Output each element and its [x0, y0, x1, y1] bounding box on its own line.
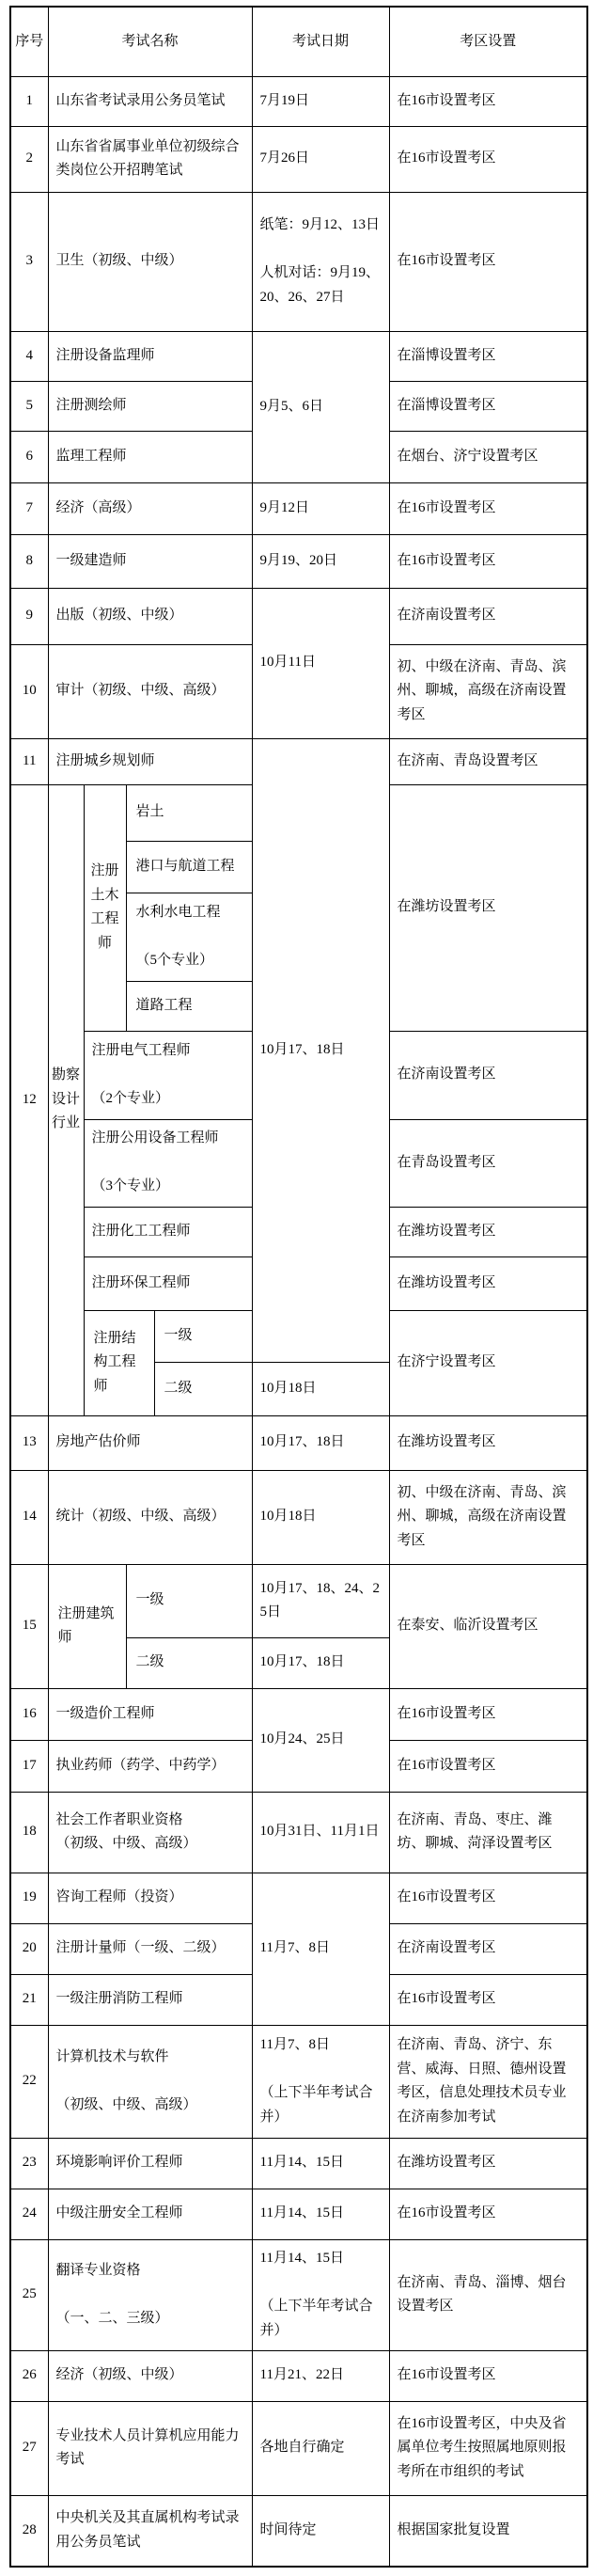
- row-14-number: 14: [10, 1470, 48, 1564]
- row-24-date: 11月14、15日: [252, 2189, 389, 2239]
- row-15-architect-label: 注册建筑师: [48, 1564, 126, 1688]
- row-15-level2: 二级: [126, 1637, 252, 1688]
- row-17-name: 执业药师（药学、中药学）: [48, 1740, 252, 1792]
- row-1-date: 7月19日: [252, 76, 389, 126]
- row-2-region: 在16市设置考区: [389, 126, 587, 192]
- row-12-structural-region: 在济宁设置考区: [389, 1310, 587, 1415]
- row-22-number: 22: [10, 2025, 48, 2138]
- row-11-12-date-merged: 10月17、18日: [252, 738, 389, 1362]
- row-19-name: 咨询工程师（投资）: [48, 1873, 252, 1923]
- row-12-civil-sub-hydro: 水利水电工程 （5个专业）: [126, 893, 252, 981]
- row-26-region: 在16市设置考区: [389, 2350, 587, 2401]
- header-cell-name: 考试名称: [48, 7, 252, 76]
- row-11-region: 在济南、青岛设置考区: [389, 738, 587, 784]
- row-15-level2-date: 10月17、18日: [252, 1637, 389, 1688]
- row-12-structural-engineer-label: 注册结构工程师: [84, 1310, 154, 1415]
- row-20-region: 在济南设置考区: [389, 1923, 587, 1974]
- table-row: 8 一级建造师 9月19、20日 在16市设置考区: [10, 534, 587, 588]
- row-8-date: 9月19、20日: [252, 534, 389, 588]
- row-12-electrical-region: 在济南设置考区: [389, 1031, 587, 1119]
- table-row: 28 中央机关及其直属机构考试录用公务员笔试 时间待定 根据国家批复设置: [10, 2495, 587, 2567]
- table-row: 23 环境影响评价工程师 11月14、15日 在潍坊设置考区: [10, 2138, 587, 2189]
- row-7-number: 7: [10, 482, 48, 534]
- row-3-name: 卫生（初级、中级）: [48, 192, 252, 331]
- row-20-name: 注册计量师（一级、二级）: [48, 1923, 252, 1974]
- row-25-date: 11月14、15日 （上下半年考试合并）: [252, 2239, 389, 2350]
- row-4-6-date-merged: 9月5、6日: [252, 331, 389, 482]
- row-1-number: 1: [10, 76, 48, 126]
- row-1-region: 在16市设置考区: [389, 76, 587, 126]
- row-12-number: 12: [10, 784, 48, 1415]
- row-18-number: 18: [10, 1792, 48, 1873]
- row-12-industry-label: 勘察设计行业: [48, 784, 84, 1415]
- row-14-name: 统计（初级、中级、高级）: [48, 1470, 252, 1564]
- row-15-number: 15: [10, 1564, 48, 1688]
- row-12-structural-level1: 一级: [154, 1310, 252, 1362]
- table-row: 13 房地产估价师 10月17、18日 在潍坊设置考区: [10, 1415, 587, 1470]
- row-9-region: 在济南设置考区: [389, 588, 587, 644]
- table-row: 2 山东省省属事业单位初级综合类岗位公开招聘笔试 7月26日 在16市设置考区: [10, 126, 587, 192]
- row-27-date: 各地自行确定: [252, 2401, 389, 2495]
- row-25-name: 翻译专业资格 （一、二、三级）: [48, 2239, 252, 2350]
- header-cell-date: 考试日期: [252, 7, 389, 76]
- row-12-environmental-engineer: 注册环保工程师: [84, 1256, 252, 1310]
- row-22-region: 在济南、青岛、济宁、东营、威海、日照、德州设置考区，信息处理技术员专业在济南参加…: [389, 2025, 587, 2138]
- row-6-region: 在烟台、济宁设置考区: [389, 431, 587, 482]
- row-12-civil-sub-geotech: 岩土: [126, 784, 252, 841]
- row-26-name: 经济（初级、中级）: [48, 2350, 252, 2401]
- row-18-region: 在济南、青岛、枣庄、潍坊、聊城、菏泽设置考区: [389, 1792, 587, 1873]
- row-1-name: 山东省考试录用公务员笔试: [48, 76, 252, 126]
- row-6-number: 6: [10, 431, 48, 482]
- row-8-region: 在16市设置考区: [389, 534, 587, 588]
- table-row: 18 社会工作者职业资格 （初级、中级、高级） 10月31日、11月1日 在济南…: [10, 1792, 587, 1873]
- row-22-name: 计算机技术与软件 （初级、中级、高级）: [48, 2025, 252, 2138]
- row-23-date: 11月14、15日: [252, 2138, 389, 2189]
- row-17-number: 17: [10, 1740, 48, 1792]
- row-8-name: 一级建造师: [48, 534, 252, 588]
- row-5-region: 在淄博设置考区: [389, 381, 587, 431]
- row-28-name: 中央机关及其直属机构考试录用公务员笔试: [48, 2495, 252, 2567]
- table-row: 25 翻译专业资格 （一、二、三级） 11月14、15日 （上下半年考试合并） …: [10, 2239, 587, 2350]
- row-7-region: 在16市设置考区: [389, 482, 587, 534]
- page: 序号 考试名称 考试日期 考区设置 1 山东省考试录用公务员笔试 7月19日 在…: [9, 6, 593, 2568]
- row-23-name: 环境影响评价工程师: [48, 2138, 252, 2189]
- row-3-region: 在16市设置考区: [389, 192, 587, 331]
- row-9-number: 9: [10, 588, 48, 644]
- row-21-name: 一级注册消防工程师: [48, 1974, 252, 2025]
- row-12-utility-engineer: 注册公用设备工程师 （3个专业）: [84, 1119, 252, 1207]
- row-28-region: 根据国家批复设置: [389, 2495, 587, 2567]
- row-14-date: 10月18日: [252, 1470, 389, 1564]
- table-row: 9 出版（初级、中级） 10月11日 在济南设置考区: [10, 588, 587, 644]
- row-12-civil-engineer-label: 注册土木工程师: [84, 784, 126, 1031]
- row-28-number: 28: [10, 2495, 48, 2567]
- row-27-name: 专业技术人员计算机应用能力考试: [48, 2401, 252, 2495]
- row-17-region: 在16市设置考区: [389, 1740, 587, 1792]
- row-4-name: 注册设备监理师: [48, 331, 252, 381]
- row-12-utility-region: 在青岛设置考区: [389, 1119, 587, 1207]
- row-25-region: 在济南、青岛、淄博、烟台设置考区: [389, 2239, 587, 2350]
- row-24-region: 在16市设置考区: [389, 2189, 587, 2239]
- row-9-10-date-merged: 10月11日: [252, 588, 389, 738]
- table-row: 3 卫生（初级、中级） 纸笔：9月12、13日 人机对话：9月19、20、26、…: [10, 192, 587, 331]
- row-21-number: 21: [10, 1974, 48, 2025]
- row-12-chemical-engineer: 注册化工工程师: [84, 1207, 252, 1256]
- row-2-date: 7月26日: [252, 126, 389, 192]
- header-row: 序号 考试名称 考试日期 考区设置: [10, 7, 587, 76]
- header-cell-seq: 序号: [10, 7, 48, 76]
- row-24-number: 24: [10, 2189, 48, 2239]
- row-13-name: 房地产估价师: [48, 1415, 252, 1470]
- row-12-structural-level2: 二级: [154, 1362, 252, 1415]
- row-11-name: 注册城乡规划师: [48, 738, 252, 784]
- row-10-number: 10: [10, 644, 48, 738]
- row-12-civil-sub-harbor: 港口与航道工程: [126, 841, 252, 893]
- row-12-electrical-engineer: 注册电气工程师 （2个专业）: [84, 1031, 252, 1119]
- row-19-region: 在16市设置考区: [389, 1873, 587, 1923]
- table-row: 19 咨询工程师（投资） 11月7、8日 在16市设置考区: [10, 1873, 587, 1923]
- exam-schedule-table: 序号 考试名称 考试日期 考区设置 1 山东省考试录用公务员笔试 7月19日 在…: [9, 6, 588, 2568]
- row-16-region: 在16市设置考区: [389, 1688, 587, 1740]
- table-row: 4 注册设备监理师 9月5、6日 在淄博设置考区: [10, 331, 587, 381]
- row-21-region: 在16市设置考区: [389, 1974, 587, 2025]
- row-22-date: 11月7、8日 （上下半年考试合并）: [252, 2025, 389, 2138]
- table-row: 14 统计（初级、中级、高级） 10月18日 初、中级在济南、青岛、滨州、聊城，…: [10, 1470, 587, 1564]
- row-19-21-date-merged: 11月7、8日: [252, 1873, 389, 2025]
- row-20-number: 20: [10, 1923, 48, 1974]
- row-10-region: 初、中级在济南、青岛、滨州、聊城，高级在济南设置考区: [389, 644, 587, 738]
- row-12-civil-region: 在潍坊设置考区: [389, 784, 587, 1031]
- table-row: 7 经济（高级） 9月12日 在16市设置考区: [10, 482, 587, 534]
- row-13-number: 13: [10, 1415, 48, 1470]
- row-15-level1-date: 10月17、18、24、25日: [252, 1564, 389, 1637]
- table-row: 24 中级注册安全工程师 11月14、15日 在16市设置考区: [10, 2189, 587, 2239]
- row-8-number: 8: [10, 534, 48, 588]
- row-13-region: 在潍坊设置考区: [389, 1415, 587, 1470]
- row-11-number: 11: [10, 738, 48, 784]
- row-14-region: 初、中级在济南、青岛、滨州、聊城，高级在济南设置考区: [389, 1470, 587, 1564]
- table-row: 27 专业技术人员计算机应用能力考试 各地自行确定 在16市设置考区，中央及省属…: [10, 2401, 587, 2495]
- row-3-number: 3: [10, 192, 48, 331]
- row-12-chemical-region: 在潍坊设置考区: [389, 1207, 587, 1256]
- row-18-date: 10月31日、11月1日: [252, 1792, 389, 1873]
- row-25-number: 25: [10, 2239, 48, 2350]
- row-28-date: 时间待定: [252, 2495, 389, 2567]
- table-row: 26 经济（初级、中级） 11月21、22日 在16市设置考区: [10, 2350, 587, 2401]
- row-7-name: 经济（高级）: [48, 482, 252, 534]
- row-12-civil-sub-road: 道路工程: [126, 981, 252, 1031]
- row-2-name: 山东省省属事业单位初级综合类岗位公开招聘笔试: [48, 126, 252, 192]
- row-2-number: 2: [10, 126, 48, 192]
- row-23-region: 在潍坊设置考区: [389, 2138, 587, 2189]
- row-15-region: 在泰安、临沂设置考区: [389, 1564, 587, 1688]
- row-27-region: 在16市设置考区，中央及省属单位考生按照属地原则报考所在市组织的考试: [389, 2401, 587, 2495]
- row-6-name: 监理工程师: [48, 431, 252, 482]
- row-10-name: 审计（初级、中级、高级）: [48, 644, 252, 738]
- row-12-structural-level2-date: 10月18日: [252, 1362, 389, 1415]
- row-18-name: 社会工作者职业资格 （初级、中级、高级）: [48, 1792, 252, 1873]
- row-26-number: 26: [10, 2350, 48, 2401]
- row-15-level1: 一级: [126, 1564, 252, 1637]
- row-5-name: 注册测绘师: [48, 381, 252, 431]
- row-16-name: 一级造价工程师: [48, 1688, 252, 1740]
- table-row: 1 山东省考试录用公务员笔试 7月19日 在16市设置考区: [10, 76, 587, 126]
- table-row: 11 注册城乡规划师 10月17、18日 在济南、青岛设置考区: [10, 738, 587, 784]
- row-26-date: 11月21、22日: [252, 2350, 389, 2401]
- row-4-region: 在淄博设置考区: [389, 331, 587, 381]
- row-16-17-date-merged: 10月24、25日: [252, 1688, 389, 1792]
- row-23-number: 23: [10, 2138, 48, 2189]
- row-9-name: 出版（初级、中级）: [48, 588, 252, 644]
- row-4-number: 4: [10, 331, 48, 381]
- row-3-date: 纸笔：9月12、13日 人机对话：9月19、20、26、27日: [252, 192, 389, 331]
- row-24-name: 中级注册安全工程师: [48, 2189, 252, 2239]
- row-19-number: 19: [10, 1873, 48, 1923]
- table-row: 15 注册建筑师 一级 10月17、18、24、25日 在泰安、临沂设置考区: [10, 1564, 587, 1637]
- row-16-number: 16: [10, 1688, 48, 1740]
- table-row: 16 一级造价工程师 10月24、25日 在16市设置考区: [10, 1688, 587, 1740]
- row-12-environmental-region: 在潍坊设置考区: [389, 1256, 587, 1310]
- row-7-date: 9月12日: [252, 482, 389, 534]
- table-row: 22 计算机技术与软件 （初级、中级、高级） 11月7、8日 （上下半年考试合并…: [10, 2025, 587, 2138]
- row-5-number: 5: [10, 381, 48, 431]
- header-cell-region: 考区设置: [389, 7, 587, 76]
- row-27-number: 27: [10, 2401, 48, 2495]
- row-13-date: 10月17、18日: [252, 1415, 389, 1470]
